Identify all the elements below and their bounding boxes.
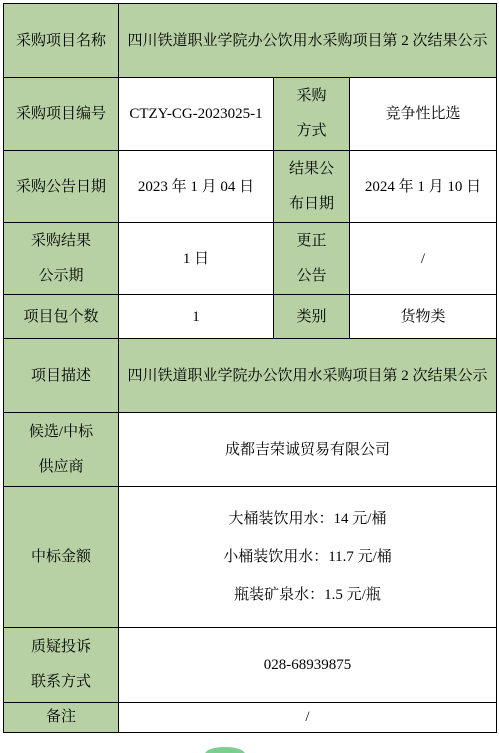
winning-supplier-value: 成都吉荣诚贸易有限公司 <box>119 413 497 487</box>
winning-amount-line2: 小桶装饮用水：11.7 元/桶 <box>123 538 492 576</box>
procurement-method-label: 采购 方式 <box>274 78 350 151</box>
row-package-count: 项目包个数 1 类别 货物类 <box>4 295 497 339</box>
winning-amount-line3: 瓶装矿泉水：1.5 元/瓶 <box>123 576 492 614</box>
remarks-value: / <box>119 703 497 733</box>
procurement-method-value: 竞争性比选 <box>350 78 497 151</box>
row-project-number: 采购项目编号 CTZY-CG-2023025-1 采购 方式 竞争性比选 <box>4 78 497 151</box>
winning-amount-line1: 大桶装饮用水：14 元/桶 <box>123 500 492 538</box>
winning-amount-value: 大桶装饮用水：14 元/桶 小桶装饮用水：11.7 元/桶 瓶装矿泉水：1.5 … <box>119 487 497 628</box>
category-label: 类别 <box>274 295 350 339</box>
announcement-date-label: 采购公告日期 <box>4 151 119 223</box>
project-name-label: 采购项目名称 <box>4 4 119 78</box>
complaint-contact-label-line1: 质疑投诉 <box>8 630 114 665</box>
result-publish-date-label-line2: 布日期 <box>278 187 345 222</box>
correction-notice-value: / <box>350 223 497 295</box>
correction-notice-label-line2: 公告 <box>278 259 345 294</box>
winning-amount-label: 中标金额 <box>4 487 119 628</box>
winning-supplier-label: 候选/中标 供应商 <box>4 413 119 487</box>
complaint-contact-value: 028-68939875 <box>119 628 497 703</box>
publicity-period-label: 采购结果 公示期 <box>4 223 119 295</box>
result-publish-date-label-line1: 结果公 <box>278 152 345 187</box>
announcement-date-value: 2023 年 1 月 04 日 <box>119 151 274 223</box>
project-number-value: CTZY-CG-2023025-1 <box>119 78 274 151</box>
row-project-name: 采购项目名称 四川铁道职业学院办公饮用水采购项目第 2 次结果公示 <box>4 4 497 78</box>
procurement-method-label-line1: 采购 <box>278 79 345 114</box>
correction-notice-label: 更正 公告 <box>274 223 350 295</box>
complaint-contact-label-line2: 联系方式 <box>8 665 114 700</box>
project-description-value: 四川铁道职业学院办公饮用水采购项目第 2 次结果公示 <box>119 339 497 413</box>
publicity-period-label-line1: 采购结果 <box>8 224 114 259</box>
row-remarks: 备注 / <box>4 703 497 733</box>
package-count-value: 1 <box>119 295 274 339</box>
row-announcement-date: 采购公告日期 2023 年 1 月 04 日 结果公 布日期 2024 年 1 … <box>4 151 497 223</box>
complaint-contact-label: 质疑投诉 联系方式 <box>4 628 119 703</box>
row-publicity-period: 采购结果 公示期 1 日 更正 公告 / <box>4 223 497 295</box>
project-description-label: 项目描述 <box>4 339 119 413</box>
category-value: 货物类 <box>350 295 497 339</box>
remarks-label: 备注 <box>4 703 119 733</box>
result-publish-date-value: 2024 年 1 月 10 日 <box>350 151 497 223</box>
publicity-period-value: 1 日 <box>119 223 274 295</box>
procurement-result-table: 采购项目名称 四川铁道职业学院办公饮用水采购项目第 2 次结果公示 采购项目编号… <box>3 3 497 733</box>
row-complaint-contact: 质疑投诉 联系方式 028-68939875 <box>4 628 497 703</box>
project-name-value: 四川铁道职业学院办公饮用水采购项目第 2 次结果公示 <box>119 4 497 78</box>
result-publish-date-label: 结果公 布日期 <box>274 151 350 223</box>
row-winning-amount: 中标金额 大桶装饮用水：14 元/桶 小桶装饮用水：11.7 元/桶 瓶装矿泉水… <box>4 487 497 628</box>
project-number-label: 采购项目编号 <box>4 78 119 151</box>
correction-notice-label-line1: 更正 <box>278 224 345 259</box>
procurement-method-label-line2: 方式 <box>278 114 345 149</box>
package-count-label: 项目包个数 <box>4 295 119 339</box>
row-project-description: 项目描述 四川铁道职业学院办公饮用水采购项目第 2 次结果公示 <box>4 339 497 413</box>
row-winning-supplier: 候选/中标 供应商 成都吉荣诚贸易有限公司 <box>4 413 497 487</box>
green-ellipse-decoration <box>205 747 245 753</box>
winning-supplier-label-line2: 供应商 <box>8 450 114 485</box>
publicity-period-label-line2: 公示期 <box>8 259 114 294</box>
winning-supplier-label-line1: 候选/中标 <box>8 415 114 450</box>
